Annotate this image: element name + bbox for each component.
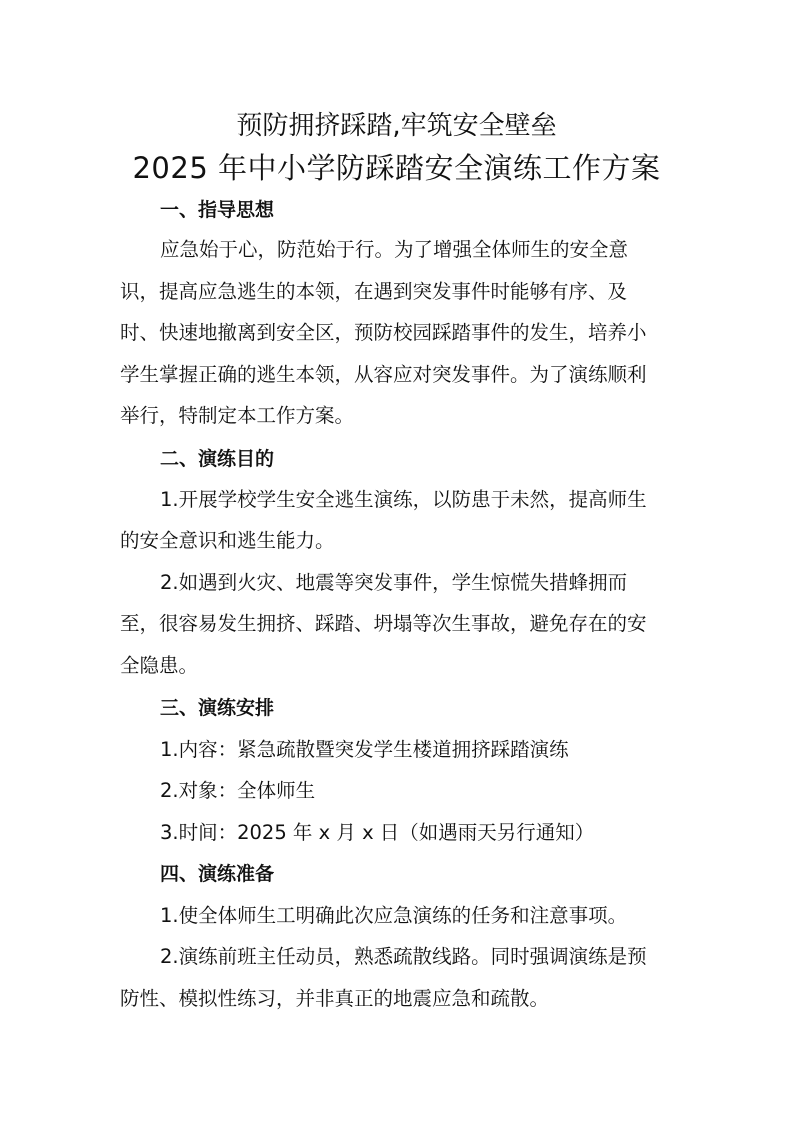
list-item-line: 1.开展学校学生安全逃生演练，以防患于未然，提高师生	[160, 486, 647, 514]
section-heading-drill-preparation: 四、演练准备	[160, 860, 274, 888]
list-item-line: 2.如遇到火灾、地震等突发事件，学生惊慌失措蜂拥而	[160, 569, 627, 597]
list-item-content: 1.内容：紧急疏散暨突发学生楼道拥挤踩踏演练	[160, 736, 569, 764]
section-heading-guiding-ideology: 一、指导思想	[160, 196, 274, 224]
list-item-line: 的安全意识和逃生能力。	[120, 527, 335, 555]
section-heading-drill-arrangement: 三、演练安排	[160, 694, 274, 722]
list-item-line: 防性、模拟性练习，并非真正的地震应急和疏散。	[120, 985, 549, 1013]
section-heading-drill-purpose: 二、演练目的	[160, 445, 274, 473]
paragraph-line: 学生掌握正确的逃生本领，从容应对突发事件。为了演练顺利	[120, 361, 647, 389]
list-item-line: 2.演练前班主任动员，熟悉疏散线路。同时强调演练是预	[160, 943, 647, 971]
paragraph-line: 识，提高应急逃生的本领，在遇到突发事件时能够有序、及	[120, 278, 627, 306]
list-item-time: 3.时间：2025 年 x 月 x 日（如遇雨天另行通知）	[160, 819, 594, 847]
list-item-line: 至，很容易发生拥挤、踩踏、坍塌等次生事故，避免存在的安	[120, 610, 647, 638]
document-title-line2: 2025 年中小学防踩踏安全演练工作方案	[110, 148, 683, 188]
paragraph-line: 时、快速地撤离到安全区，预防校园踩踏事件的发生，培养小	[120, 319, 647, 347]
document-title-line1: 预防拥挤踩踏,牢筑安全壁垒	[120, 108, 673, 144]
paragraph-line: 应急始于心，防范始于行。为了增强全体师生的安全意	[160, 236, 628, 264]
list-item-line: 1.使全体师生工明确此次应急演练的任务和注意事项。	[160, 902, 627, 930]
list-item-participants: 2.对象：全体师生	[160, 777, 315, 805]
list-item-line: 全隐患。	[120, 652, 198, 680]
paragraph-line: 举行，特制定本工作方案。	[120, 402, 354, 430]
